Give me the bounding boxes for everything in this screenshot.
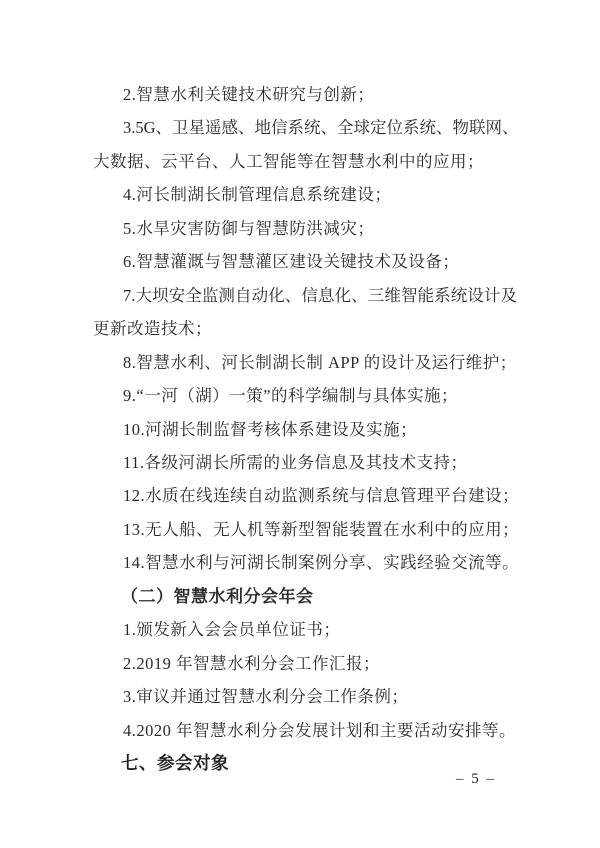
list-item-line: 14.智慧水利与河湖长制案例分享、实践经验交流等。 [93, 546, 517, 579]
list-item-line: 11.各级河湖长所需的业务信息及其技术支持； [93, 446, 517, 479]
page-number: – 5 – [456, 769, 496, 789]
list-item-line: 8.智慧水利、河长制湖长制 APP 的设计及运行维护； [93, 346, 517, 379]
list-item-line: 7.大坝安全监测自动化、信息化、三维智能系统设计及 [93, 279, 517, 312]
list-item-line: 3.审议并通过智慧水利分会工作条例； [93, 680, 517, 713]
list-item-line: 9.“一河（湖）一策”的科学编制与具体实施； [93, 379, 517, 412]
list-item-line: 12.水质在线连续自动监测系统与信息管理平台建设； [93, 479, 517, 512]
list-item-line: 6.智慧灌溉与智慧灌区建设关键技术及设备； [93, 245, 517, 278]
list-item-line: 3.5G、卫星遥感、地信系统、全球定位系统、物联网、 [93, 111, 517, 144]
document-body: 2.智慧水利关键技术研究与创新； 3.5G、卫星遥感、地信系统、全球定位系统、物… [93, 78, 517, 781]
list-item-line: 5.水旱灾害防御与智慧防洪减灾； [93, 212, 517, 245]
continuation-line: 大数据、云平台、人工智能等在智慧水利中的应用； [93, 145, 517, 178]
document-page: 2.智慧水利关键技术研究与创新； 3.5G、卫星遥感、地信系统、全球定位系统、物… [0, 0, 600, 848]
list-item-line: 13.无人船、无人机等新型智能装置在水利中的应用； [93, 513, 517, 546]
list-item-line: 4.河长制湖长制管理信息系统建设； [93, 178, 517, 211]
list-item-line: 2.智慧水利关键技术研究与创新； [93, 78, 517, 111]
section-heading: 七、参会对象 [93, 747, 517, 780]
continuation-line: 更新改造技术； [93, 312, 517, 345]
list-item-line: 4.2020 年智慧水利分会发展计划和主要活动安排等。 [93, 714, 517, 747]
subsection-heading: （二）智慧水利分会年会 [93, 580, 517, 613]
list-item-line: 1.颁发新入会会员单位证书； [93, 613, 517, 646]
list-item-line: 10.河湖长制监督考核体系建设及实施； [93, 413, 517, 446]
list-item-line: 2.2019 年智慧水利分会工作汇报； [93, 647, 517, 680]
